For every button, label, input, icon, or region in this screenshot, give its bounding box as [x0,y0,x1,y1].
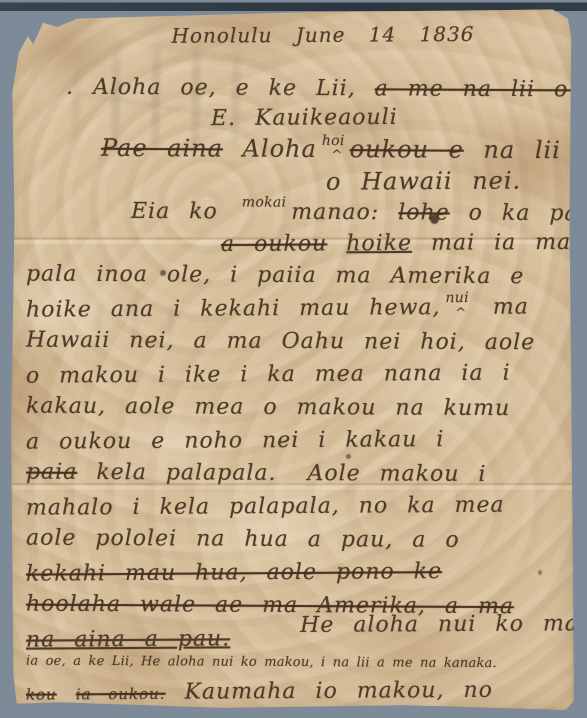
struck-text: ia oukou. [76,685,166,704]
inserted-text-above-line: hoi [322,124,345,158]
struck-text: kou [26,685,57,703]
handwritten-text: Hawaii nei, a ma Oahu nei hoi, aole [26,328,535,356]
handwritten-text: o Hawaii nei. [326,167,521,196]
handwritten-text: hoike [346,231,412,256]
handwritten-text [57,680,76,705]
handwritten-text: He aloha nui ko ma- [300,611,587,638]
handwritten-text: aole pololei na hua a pau, a o [26,526,460,553]
handwritten-text: Honolulu June 14 1836 [171,22,474,48]
handwritten-text: ia oe, a ke Lii, He aloha nui ko makou, … [26,654,497,671]
handwritten-text: kela palapala. Aole makou i [77,460,486,487]
struck-text: a me na lii o kau— [375,76,587,102]
body-line: kekahi mau hua, aole pono ke [26,554,564,590]
body-line: kakau, aole mea o makou na kumu [26,390,564,426]
handwritten-text: Aloha [223,134,317,162]
handwritten-text: mahalo i kela palapala, no ka mea [26,493,505,521]
salutation-line: . Aloha oe, e ke Lii, a me na lii o kau— [66,73,564,106]
handwritten-text: hoike ana i kekahi mau hewa, [26,295,441,323]
body-line: Hawaii nei, a ma Oahu nei hoi, aole [26,324,564,360]
handwritten-text: a oukou e noho nei i kakau i [26,427,445,455]
inserted-text-above-line: mokai [242,186,287,219]
handwritten-text: manao: [291,200,398,226]
dateline: Honolulu June 14 1836 [26,16,564,53]
body-line: a oukou hoike mai ia makou [221,228,564,260]
letter-body: Honolulu June 14 1836. Aloha oe, e ke Li… [26,18,564,706]
struck-text: Pae aina [101,134,223,163]
struck-text: a oukou [221,231,327,257]
mount-edge-strip [0,2,587,11]
letter-paper: Honolulu June 14 1836. Aloha oe, e ke Li… [10,8,574,710]
handwritten-text [327,231,346,256]
body-line: paia kela palapala. Aole makou i [26,456,564,492]
handwritten-text: ma [474,295,529,320]
body-line: pala inoa ole, i paiia ma Amerika e [26,258,564,294]
body-line: kou ia oukou. Kaumaha io makou, no [26,673,564,709]
handwritten-text: o ka pala- [450,201,587,227]
handwritten-text: kakau, aole mea o makou na kumu [26,394,510,422]
addressee-line: E. Kauikeaouli [211,103,564,133]
body-line: Eia ko mokaimanao: lohe o ka pala- [131,195,564,230]
handwritten-text: . Aloha oe, e ke Lii, [66,75,375,102]
handwritten-text: Kaumaha io makou, no [165,678,493,705]
struck-text: lohe [398,200,450,225]
body-line: aole pololei na hua a pau, a o [26,522,564,558]
salutation-revision-line: Pae aina Alohahoioukou e na lii a pau [101,131,564,167]
body-line: mahalo i kela palapala, no ka mea [26,488,564,524]
handwritten-text: mai ia makou [412,230,587,256]
struck-text: paia [26,460,77,485]
struck-text: kekahi mau hua, aole pono ke [26,559,442,587]
body-line: na aina a pau.He aloha nui ko ma- [26,620,564,656]
handwritten-text: Eia ko [131,199,237,225]
struck-text: oukou e [350,135,464,164]
body-line: a oukou e noho nei i kakau i [26,422,564,458]
handwritten-text: na lii a pau [464,136,587,165]
struck-text: na aina a pau. [26,626,230,652]
body-line: hoike ana i kekahi mau hewa,nui ma [26,290,564,326]
handwritten-text: o makou i ike i ka mea nana ia i [26,361,511,389]
salutation-line: o Hawaii nei. [326,165,564,196]
handwritten-text: E. Kauikeaouli [211,105,398,131]
body-line: o makou i ike i ka mea nana ia i [26,356,564,392]
inserted-text-above-line: nui [445,282,469,315]
